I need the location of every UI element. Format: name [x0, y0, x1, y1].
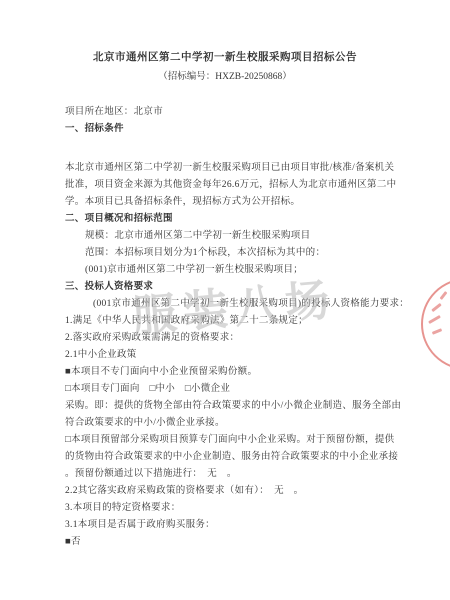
checkbox-line-filled: ■否: [65, 534, 400, 551]
doc-line: 3.本项目的特定资格要求：: [65, 500, 400, 517]
document-page: 北京市通州区第二中学初一新生校服采购项目招标公告 （招标编号：HXZB-2025…: [0, 0, 450, 600]
page-title: 北京市通州区第二中学初一新生校服采购项目招标公告: [0, 50, 450, 65]
doc-line: (001京市通州区第二中学初一新生校服采购项目)的投标人资格能力要求：: [65, 296, 400, 313]
doc-line: 2.落实政府采购政策需满足的资格要求：: [65, 330, 400, 347]
doc-line: 的货物由符合政策要求的中小企业制造、服务由符合政策要求的中小企业承接: [65, 449, 400, 466]
doc-line: 采购。即：提供的货物全部由符合政策要求的中小/小微企业制造、服务全部由: [65, 398, 400, 415]
doc-line: 2.1中小企业政策: [65, 347, 400, 364]
doc-line: 2.2其它落实政府采购政策的资格要求（如有）： 无 。: [65, 483, 400, 500]
scope-line: 范围：本招标项目划分为1个标段，本次招标为其中的：: [65, 245, 400, 262]
document-body: 项目所在地区：北京市 一、招标条件 本北京市通州区第二中学初一新生校服采购项目已…: [0, 104, 450, 551]
section-heading-1: 一、招标条件: [65, 121, 400, 138]
checkbox-line-filled: ■本项目不专门面向中小企业预留采购份额。: [65, 364, 400, 381]
lot-line: (001)京市通州区第二中学初一新生校服采购项目；: [65, 262, 400, 279]
doc-line: 1.满足《中华人民共和国政府采购法》第二十二条规定；: [65, 313, 400, 330]
doc-line: 符合政策要求的中小/小微企业承接。: [65, 415, 400, 432]
doc-line: 。预留份额通过以下措施进行： 无 。: [65, 466, 400, 483]
section-heading-2: 二、项目概况和招标范围: [65, 211, 400, 228]
doc-line: 批准，项目资金来源为其他资金每年26.6万元，招标人为北京市通州区第二中: [65, 177, 400, 194]
doc-line: 3.1本项目是否属于政府购买服务：: [65, 517, 400, 534]
doc-line: 学。本项目已具备招标条件，现招标方式为公开招标。: [65, 194, 400, 211]
section-heading-3: 三、投标人资格要求: [65, 279, 400, 296]
tender-number: （招标编号：HXZB-20250868）: [0, 70, 450, 84]
region-line: 项目所在地区：北京市: [65, 104, 400, 121]
doc-line: 本北京市通州区第二中学初一新生校服采购项目已由项目审批/核准/备案机关: [65, 160, 400, 177]
checkbox-line-empty: □本项目专门面向 □中小 □小微企业: [65, 381, 400, 398]
checkbox-line-empty: □本项目预留部分采购项目预算专门面向中小企业采购。对于预留份额，提供: [65, 432, 400, 449]
scale-line: 规模：北京市通州区第二中学初一新生校服采购项目: [65, 228, 400, 245]
